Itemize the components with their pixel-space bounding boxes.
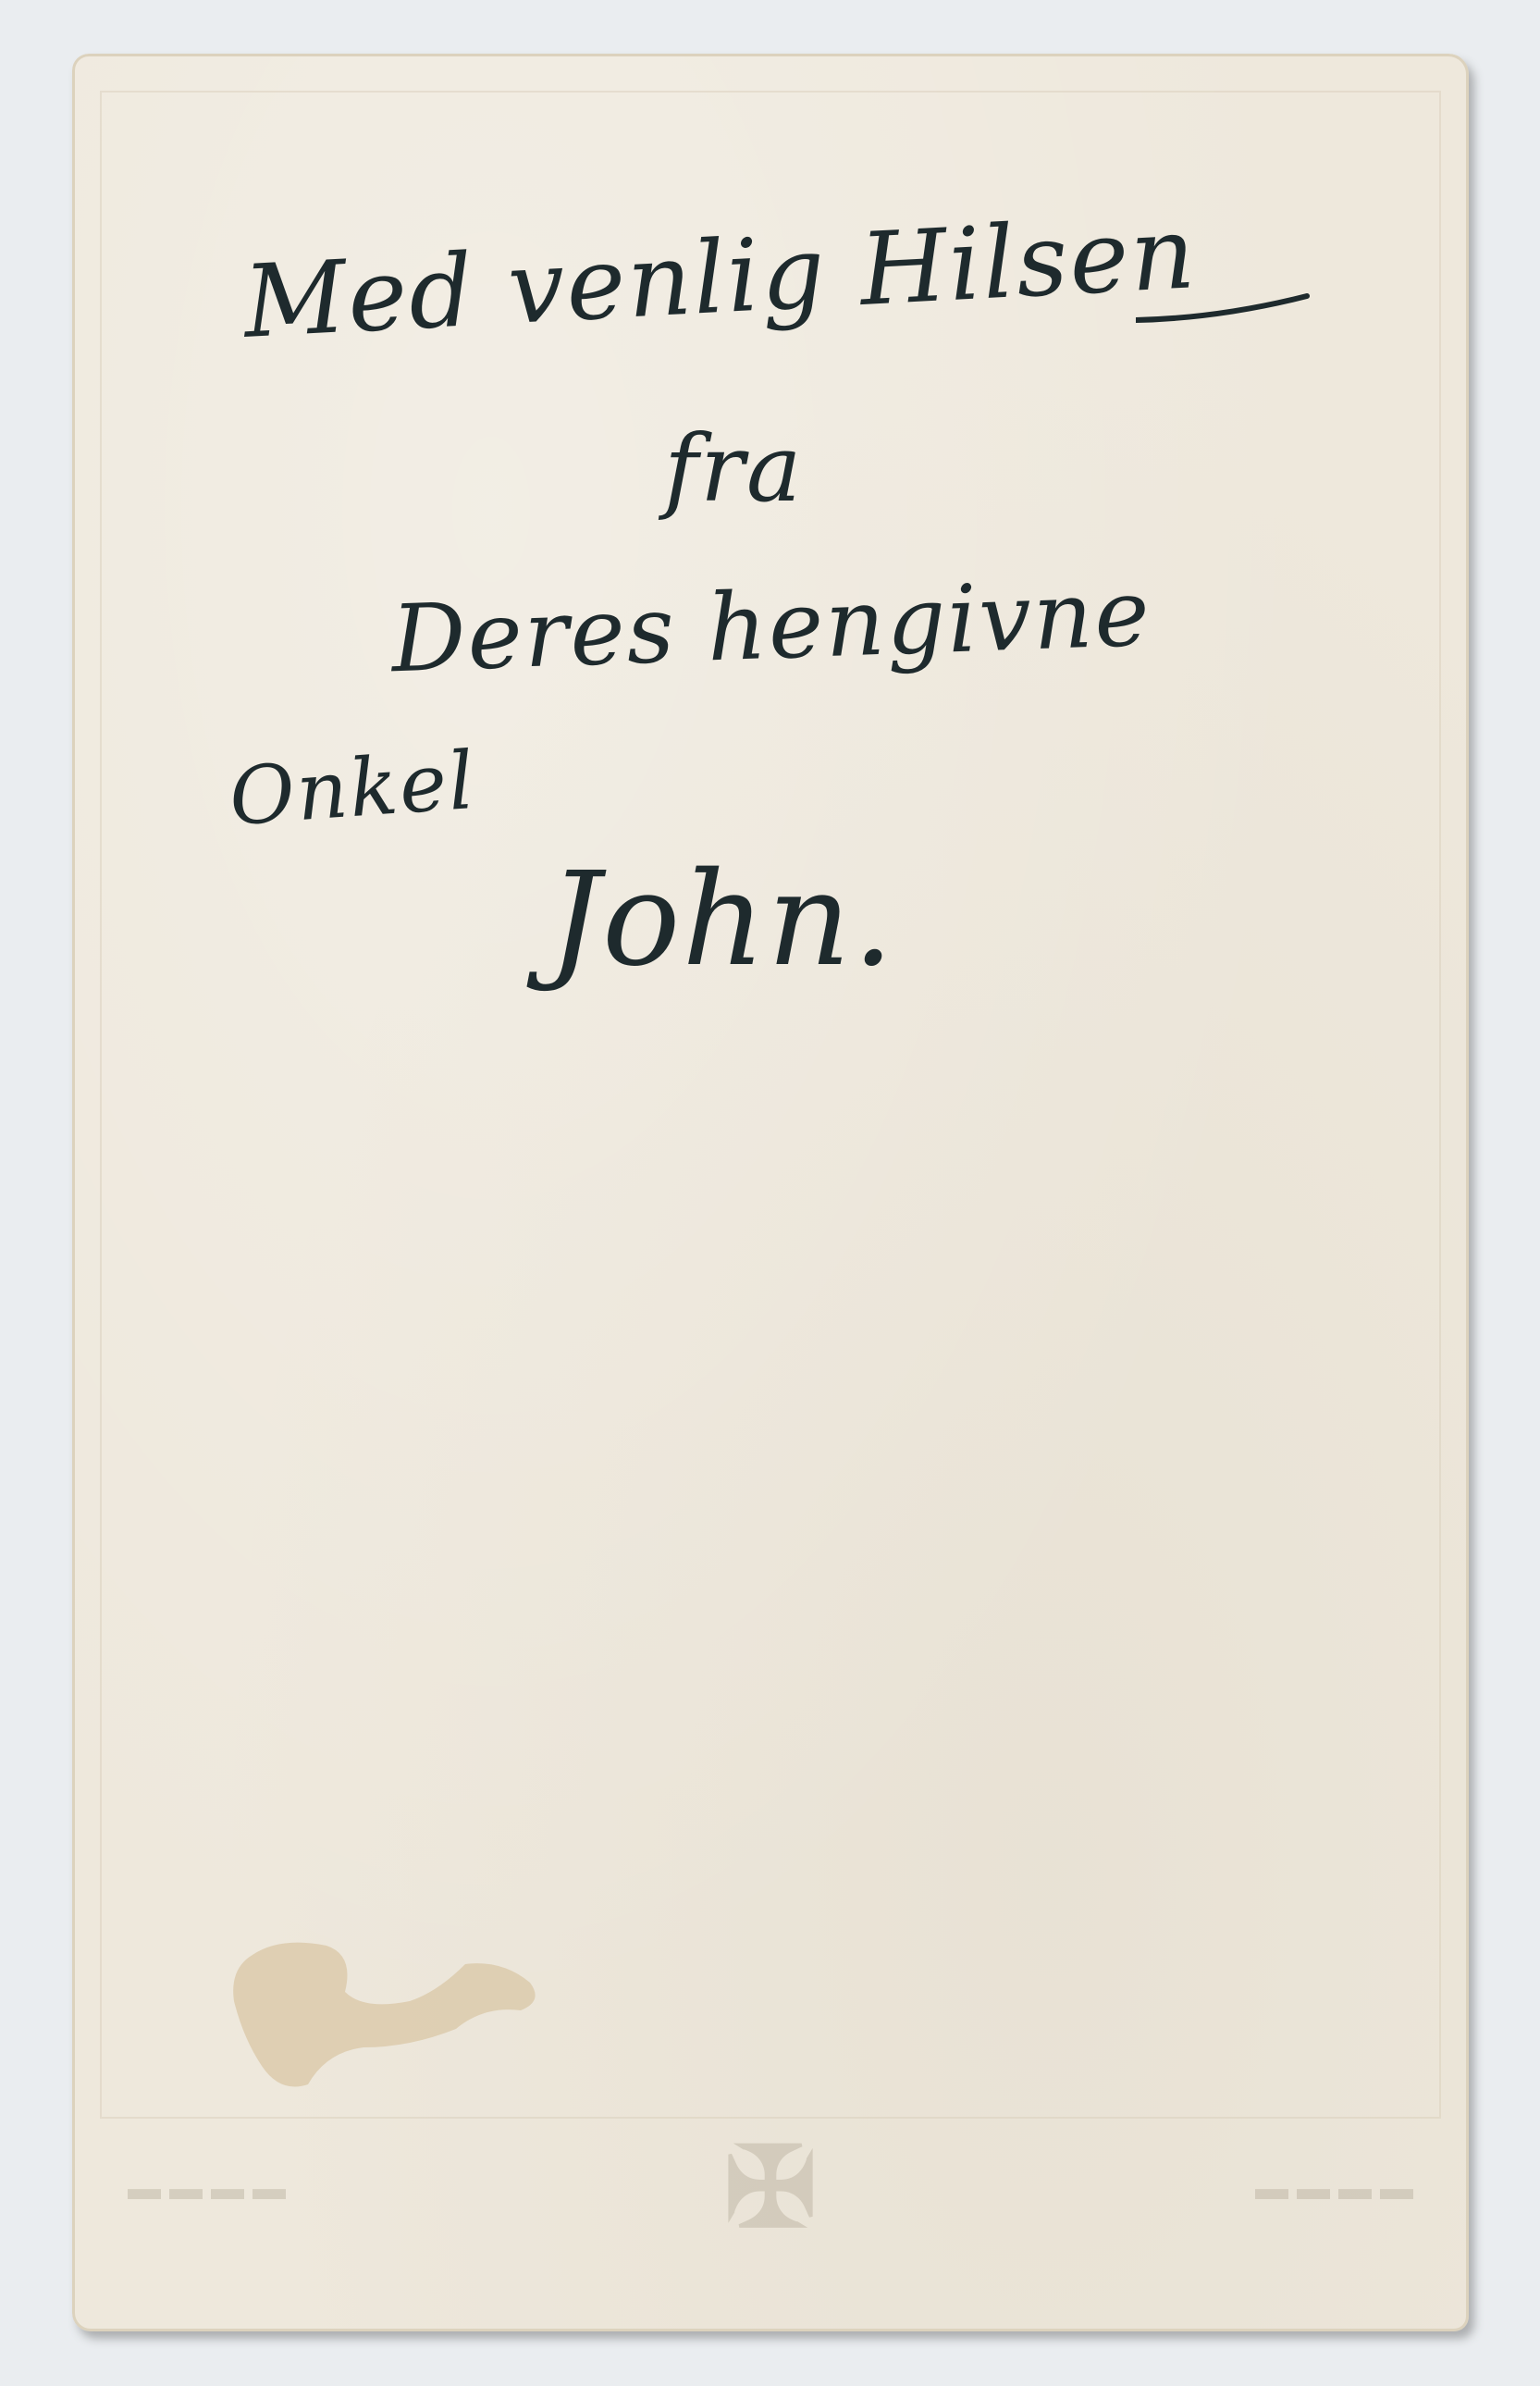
card-back: Med venlig Hilsen fra Deres hengivne Onk… — [72, 54, 1469, 2331]
embossed-frame — [100, 91, 1441, 2119]
relation-line: Onkel — [227, 735, 479, 844]
signature: John. — [548, 845, 895, 995]
imprint-left: ▬ ▬ ▬ ▬ — [128, 2169, 286, 2207]
imprint-right: ▬ ▬ ▬ ▬ — [1255, 2169, 1413, 2207]
imprint-monogram: ✠ — [724, 2124, 818, 2253]
water-stain — [225, 1936, 576, 2094]
flourish-stroke — [1136, 292, 1312, 329]
from-line: fra — [664, 414, 803, 523]
faded-photographer-imprint: ▬ ▬ ▬ ▬ ✠ ▬ ▬ ▬ ▬ — [128, 2119, 1413, 2257]
